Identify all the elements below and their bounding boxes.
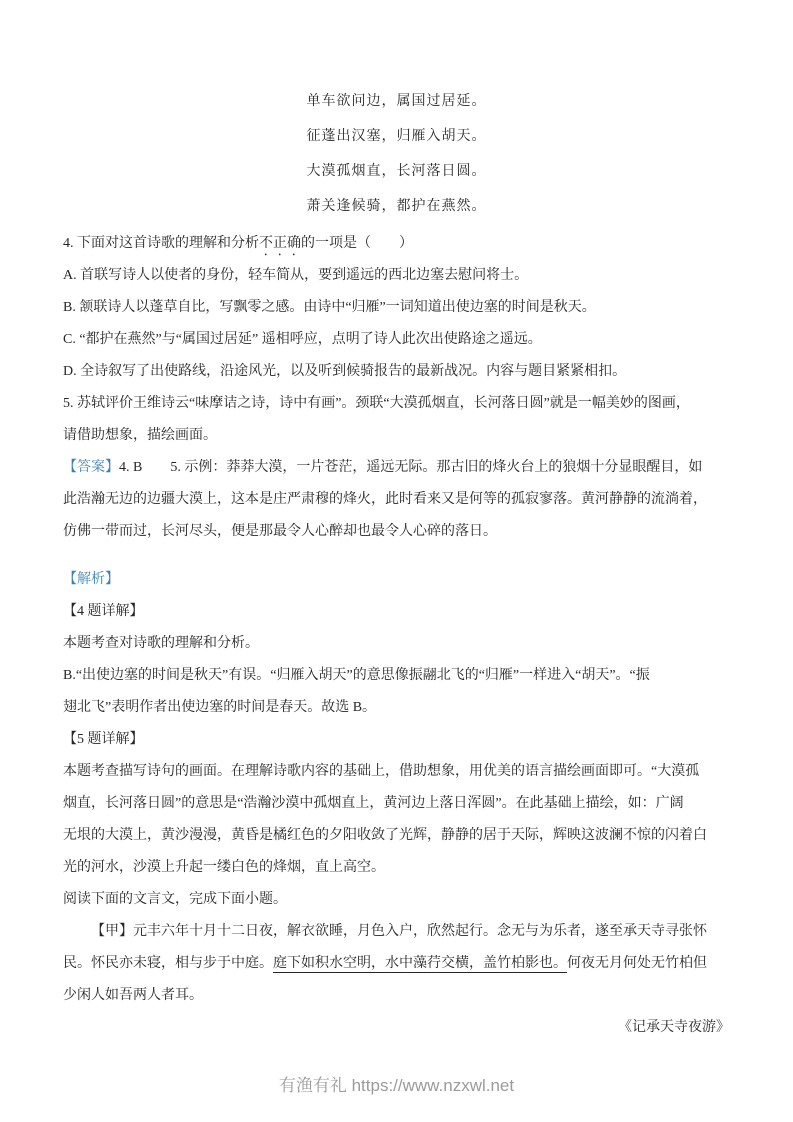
passage-text: 何夜无月何处无竹柏但: [567, 956, 707, 971]
passage-text: 民。怀民亦未寝，相与步于中庭。: [63, 956, 273, 971]
analysis-q5-header: 【5 题详解】: [63, 724, 730, 756]
reading-intro: 阅读下面的文言文，完成下面小题。: [63, 884, 730, 916]
analysis-q4-line: B.“出使边塞的时间是秋天”有误。“归雁入胡天”的意思像振翮北飞的“归雁”一样进…: [63, 660, 730, 692]
poem-line: 萧关逢候骑，都护在燕然。: [63, 189, 730, 224]
answer-label: 【答案】: [63, 460, 119, 475]
question4-option-d: D. 全诗叙写了出使路线，沿途风光，以及听到候骑报告的最新战况。内容与题目紧紧相…: [63, 356, 730, 388]
analysis-q5-line: 本题考查描写诗句的画面。在理解诗歌内容的基础上，借助想象，用优美的语言描绘画面即…: [63, 756, 730, 788]
question4-stem-pre: 4. 下面对这首诗歌的理解和分析: [63, 236, 259, 251]
analysis-label: 【解析】: [63, 564, 730, 596]
question5-stem-line: 5. 苏轼评价王维诗云“味摩诘之诗，诗中有画”。颈联“大漠孤烟直，长河落日圆”就…: [63, 388, 730, 420]
answer-line: 【答案】4. B 5. 示例：莽莽大漠，一片苍茫，遥远无际。那古旧的烽火台上的狼…: [63, 452, 730, 484]
question5-stem-line: 请借助想象，描绘画面。: [63, 420, 730, 452]
document-content: 单车欲问边，属国过居延。 征蓬出汉塞，归雁入胡天。 大漠孤烟直，长河落日圆。 萧…: [0, 0, 793, 1044]
passage-line: 少闲人如吾两人者耳。: [63, 980, 730, 1012]
passage-citation: 《记承天寺夜游》: [63, 1012, 730, 1044]
question4-stem-post: 的一项是（ ）: [301, 236, 413, 251]
analysis-q5-line: 无垠的大漠上，黄沙漫漫，黄昏是橘红色的夕阳收敛了光辉，静静的居于天际，辉映这波澜…: [63, 820, 730, 852]
poem-block: 单车欲问边，属国过居延。 征蓬出汉塞，归雁入胡天。 大漠孤烟直，长河落日圆。 萧…: [63, 84, 730, 224]
analysis-q4-header: 【4 题详解】: [63, 596, 730, 628]
question4-option-a: A. 首联写诗人以使者的身份，轻车简从，要到遥远的西北边塞去慰问将士。: [63, 260, 730, 292]
answer-line: 仿佛一带而过，长河尽头，便是那最令人心醉却也最令人心碎的落日。: [63, 516, 730, 548]
question4-option-c: C. “都护在燕然”与“属国过居延” 遥相呼应，点明了诗人此次出使路途之遥远。: [63, 324, 730, 356]
watermark-footer: 有渔有礼 https://www.nzxwl.net: [0, 1071, 793, 1096]
question4-option-b: B. 颔联诗人以蓬草自比，写飘零之感。由诗中“归雁”一词知道出使边塞的时间是秋天…: [63, 292, 730, 324]
passage-underlined-text: 庭下如积水空明，水中藻荇交横，盖竹柏影也。: [273, 956, 567, 971]
question4-stem-emphasized: 不正确: [259, 236, 301, 251]
analysis-q5-line: 光的河水，沙漠上升起一缕白色的烽烟，直上高空。: [63, 852, 730, 884]
answer-text: 4. B 5. 示例：莽莽大漠，一片苍茫，遥远无际。那古旧的烽火台上的狼烟十分显…: [119, 460, 702, 475]
analysis-q4-line: 翅北飞”表明作者出使边塞的时间是春天。故选 B。: [63, 692, 730, 724]
analysis-q5-line: 烟直，长河落日圆”的意思是“浩瀚沙漠中孤烟直上，黄河边上落日浑圆”。在此基础上描…: [63, 788, 730, 820]
analysis-q4-line: 本题考查对诗歌的理解和分析。: [63, 628, 730, 660]
document-page: 单车欲问边，属国过居延。 征蓬出汉塞，归雁入胡天。 大漠孤烟直，长河落日圆。 萧…: [0, 0, 793, 1122]
answer-line: 此浩瀚无边的边疆大漠上，这本是庄严肃穆的烽火，此时看来又是何等的孤寂寥落。黄河静…: [63, 484, 730, 516]
passage-line: 【甲】元丰六年十月十二日夜，解衣欲睡，月色入户，欣然起行。念无与为乐者，遂至承天…: [63, 916, 730, 948]
poem-line: 单车欲问边，属国过居延。: [63, 84, 730, 119]
question4-stem: 4. 下面对这首诗歌的理解和分析不正确的一项是（ ）: [63, 228, 730, 260]
passage-line: 民。怀民亦未寝，相与步于中庭。庭下如积水空明，水中藻荇交横，盖竹柏影也。何夜无月…: [63, 948, 730, 980]
poem-line: 征蓬出汉塞，归雁入胡天。: [63, 119, 730, 154]
poem-line: 大漠孤烟直，长河落日圆。: [63, 154, 730, 189]
